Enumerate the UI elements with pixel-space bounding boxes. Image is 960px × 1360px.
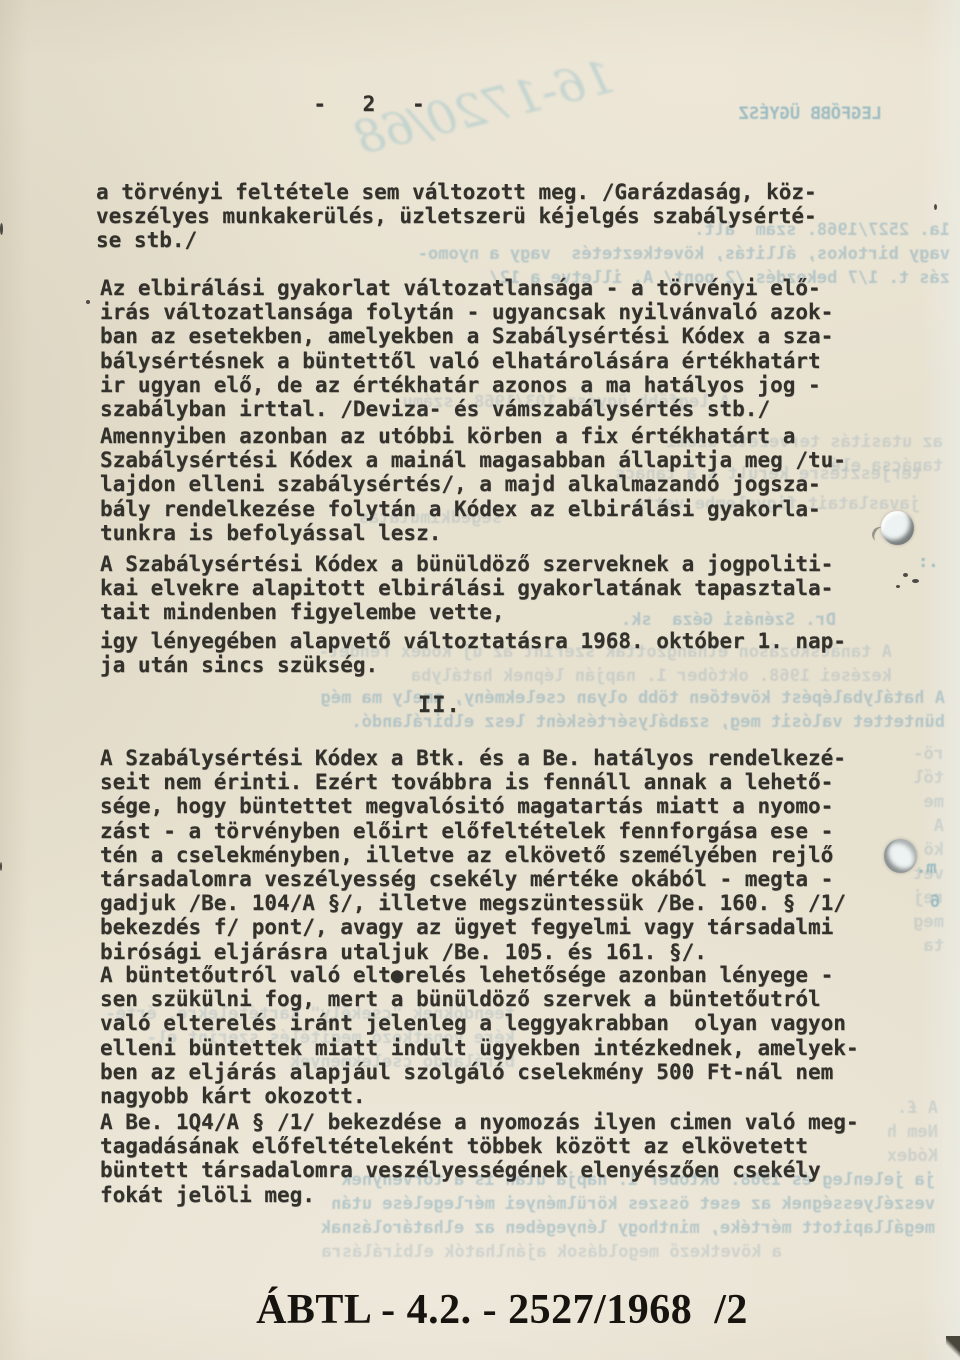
bleed-through-text: 6 (930, 890, 940, 914)
paper-speck (912, 579, 919, 583)
paper-speck (903, 573, 908, 577)
bleed-through-text: a következő megoldások ajánlhatók elbirá… (262, 1240, 782, 1264)
archive-stamp: ÁBTL - 4.2. - 2527/1968 /2 (0, 1286, 960, 1334)
bleed-through-text: A hatálybalépést követően több olyan cse… (95, 686, 945, 734)
page-corner-shadow (946, 1336, 960, 1360)
punch-hole (884, 839, 917, 873)
paragraph: A Szabálysértési Kódex a bünüldöző szerv… (100, 552, 833, 625)
paper-speck (896, 585, 900, 588)
section-heading: II. (418, 694, 461, 718)
bleed-through-text: m. (916, 856, 936, 880)
paragraph: igy lényegében alapvető változtatásra 19… (100, 629, 846, 677)
paragraph: Az elbirálási gyakorlat változatlansága … (100, 276, 833, 421)
paper-speck (0, 862, 2, 871)
bleed-through-text: .: (918, 550, 938, 574)
paragraph: Amennyiben azonban az utóbbi körben a fi… (100, 424, 846, 545)
bleed-through-text: LEGFŐBB ÜGYÉSZ (632, 102, 882, 126)
paragraph: a törvényi feltétele sem változott meg. … (96, 180, 817, 253)
paragraph: A büntetőutról való elt●relés lehetősége… (100, 963, 859, 1108)
paragraph: A Szabálysértési Kódex a Btk. és a Be. h… (100, 746, 846, 964)
paper-speck (0, 223, 3, 235)
bleed-through-text: A £. Nem h Kódex (848, 1096, 938, 1168)
punch-hole (881, 511, 914, 545)
scanned-document-page: 16-1720/68 LEGFŐBB ÜGYÉSZ 1a. 2527/1968.… (0, 0, 960, 1360)
paragraph: A Be. 1Q4/A § /1/ bekezdése a nyomozás i… (100, 1110, 859, 1207)
page-number: - 2 - (300, 92, 450, 116)
paper-speck (86, 300, 90, 304)
paper-speck (934, 204, 937, 210)
